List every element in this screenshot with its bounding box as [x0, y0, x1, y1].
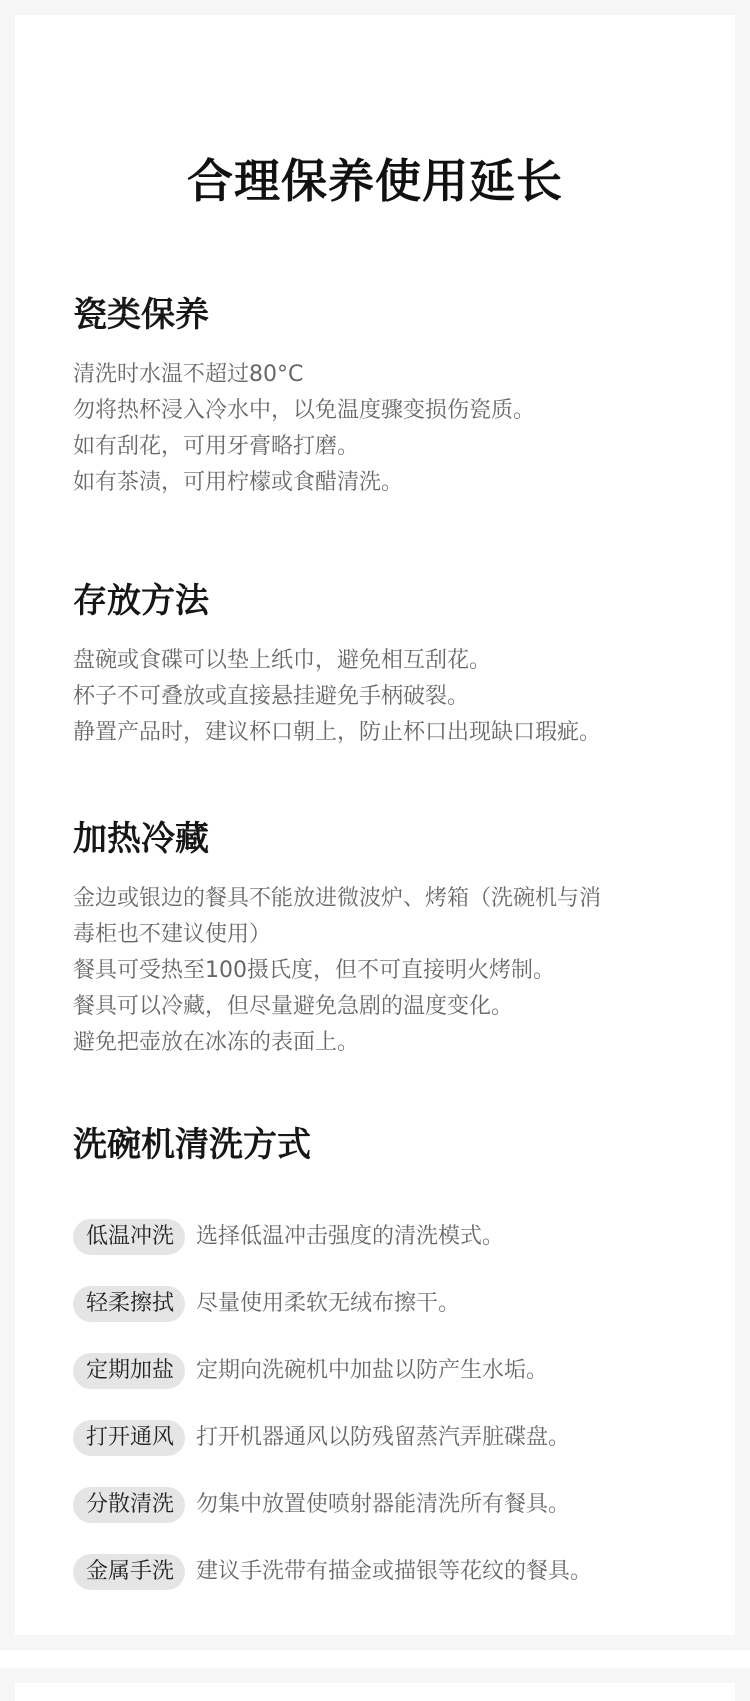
section-title: 洗碗机清洗方式 [73, 1123, 677, 1167]
care-line: 避免把壶放在冰冻的表面上。 [73, 1025, 677, 1061]
dishwasher-tips-list: 低温冲洗 选择低温冲击强度的清洗模式。 轻柔擦拭 尽量使用柔软无绒布擦干。 定期… [73, 1219, 677, 1590]
tip-tag: 金属手洗 [73, 1554, 185, 1590]
tip-tag: 分散清洗 [73, 1487, 185, 1523]
section-title: 瓷类保养 [73, 293, 677, 337]
dishwasher-tip: 低温冲洗 选择低温冲击强度的清洗模式。 [73, 1219, 677, 1255]
care-line: 勿将热杯浸入冷水中，以免温度骤变损伤瓷质。 [73, 393, 677, 429]
care-line: 如有茶渍，可用柠檬或食醋清洗。 [73, 465, 677, 501]
care-line: 金边或银边的餐具不能放进微波炉、烤箱（洗碗机与消 [73, 881, 677, 917]
section-heating-refrigeration: 加热冷藏 金边或银边的餐具不能放进微波炉、烤箱（洗碗机与消 毒柜也不建议使用） … [73, 817, 677, 1061]
care-line: 杯子不可叠放或直接悬挂避免手柄破裂。 [73, 679, 677, 715]
tip-description: 选择低温冲击强度的清洗模式。 [196, 1219, 504, 1255]
dishwasher-tip: 轻柔擦拭 尽量使用柔软无绒布擦干。 [73, 1286, 677, 1322]
next-card [15, 1683, 735, 1701]
dishwasher-tip: 定期加盐 定期向洗碗机中加盐以防产生水垢。 [73, 1353, 677, 1389]
dishwasher-tip: 金属手洗 建议手洗带有描金或描银等花纹的餐具。 [73, 1554, 677, 1590]
tip-tag: 定期加盐 [73, 1353, 185, 1389]
tip-description: 建议手洗带有描金或描银等花纹的餐具。 [196, 1554, 592, 1590]
care-panel-frame: 合理保养使用延长 瓷类保养 清洗时水温不超过80°C 勿将热杯浸入冷水中，以免温… [0, 0, 750, 1650]
care-line: 如有刮花，可用牙膏略打磨。 [73, 429, 677, 465]
section-porcelain-care: 瓷类保养 清洗时水温不超过80°C 勿将热杯浸入冷水中，以免温度骤变损伤瓷质。 … [73, 293, 677, 501]
care-line: 餐具可受热至100摄氏度，但不可直接明火烤制。 [73, 953, 677, 989]
tip-tag: 低温冲洗 [73, 1219, 185, 1255]
section-dishwasher: 洗碗机清洗方式 低温冲洗 选择低温冲击强度的清洗模式。 轻柔擦拭 尽量使用柔软无… [73, 1123, 677, 1590]
section-storage: 存放方法 盘碗或食碟可以垫上纸巾，避免相互刮花。 杯子不可叠放或直接悬挂避免手柄… [73, 579, 677, 751]
care-line: 餐具可以冷藏，但尽量避免急剧的温度变化。 [73, 989, 677, 1025]
dishwasher-tip: 打开通风 打开机器通风以防残留蒸汽弄脏碟盘。 [73, 1420, 677, 1456]
tip-tag: 轻柔擦拭 [73, 1286, 185, 1322]
care-line: 毒柜也不建议使用） [73, 917, 677, 953]
tip-description: 打开机器通风以防残留蒸汽弄脏碟盘。 [196, 1420, 570, 1456]
care-line: 清洗时水温不超过80°C [73, 357, 677, 393]
tip-description: 尽量使用柔软无绒布擦干。 [196, 1286, 460, 1322]
tip-description: 定期向洗碗机中加盐以防产生水垢。 [196, 1353, 548, 1389]
care-line: 盘碗或食碟可以垫上纸巾，避免相互刮花。 [73, 643, 677, 679]
section-divider [0, 1650, 750, 1668]
tip-description: 勿集中放置使喷射器能清洗所有餐具。 [196, 1487, 570, 1523]
dishwasher-tip: 分散清洗 勿集中放置使喷射器能清洗所有餐具。 [73, 1487, 677, 1523]
section-title: 存放方法 [73, 579, 677, 623]
care-line: 静置产品时，建议杯口朝上，防止杯口出现缺口瑕疵。 [73, 715, 677, 751]
page-title: 合理保养使用延长 [73, 15, 677, 211]
tip-tag: 打开通风 [73, 1420, 185, 1456]
next-panel-frame [0, 1668, 750, 1701]
care-card: 合理保养使用延长 瓷类保养 清洗时水温不超过80°C 勿将热杯浸入冷水中，以免温… [15, 15, 735, 1635]
section-title: 加热冷藏 [73, 817, 677, 861]
